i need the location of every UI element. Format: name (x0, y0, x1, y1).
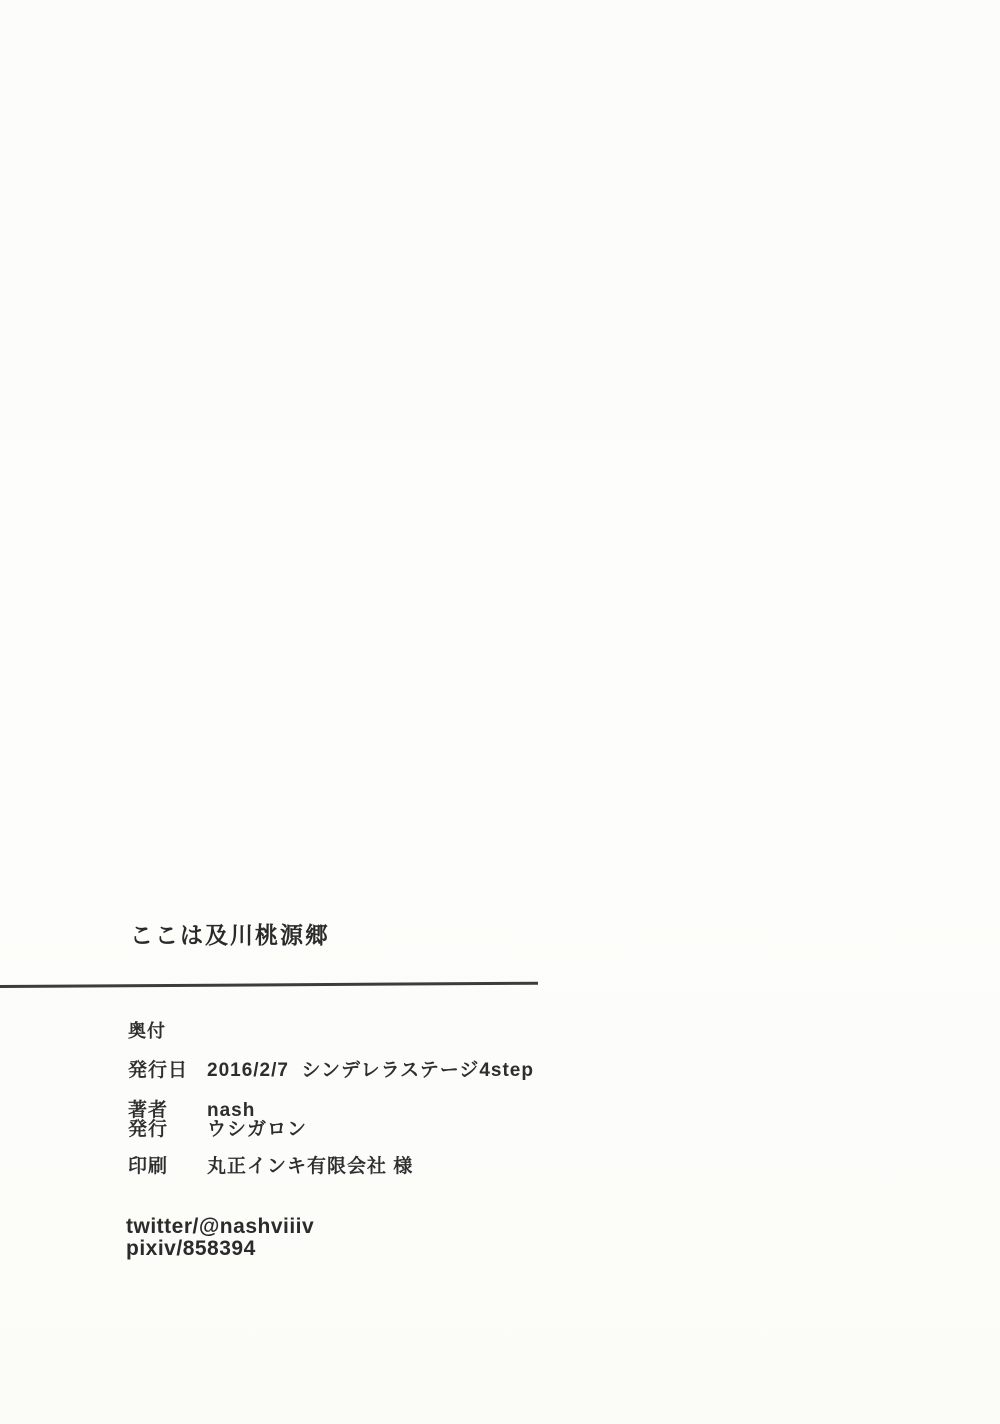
row-value: nash (207, 1101, 255, 1120)
row-value: 丸正インキ有限会社 様 (207, 1157, 413, 1176)
row-label: 発行 (128, 1120, 168, 1139)
row-label: 発行日 (128, 1061, 188, 1080)
page-title: ここは及川桃源郷 (130, 924, 330, 947)
colophon-heading: 奥付 (128, 1022, 166, 1040)
row-label: 印刷 (128, 1157, 168, 1176)
row-value: ウシガロン (207, 1120, 307, 1139)
row-label: 著者 (128, 1101, 168, 1120)
divider-rule (0, 982, 538, 988)
scanned-colophon-page: ここは及川桃源郷 奥付 発行日 2016/2/7 シンデレラステージ4step … (0, 0, 1000, 1424)
row-value: 2016/2/7 シンデレラステージ4step (207, 1061, 534, 1080)
pixiv-id: pixiv/858394 (126, 1238, 256, 1259)
twitter-handle: twitter/@nashviiiv (126, 1216, 314, 1237)
